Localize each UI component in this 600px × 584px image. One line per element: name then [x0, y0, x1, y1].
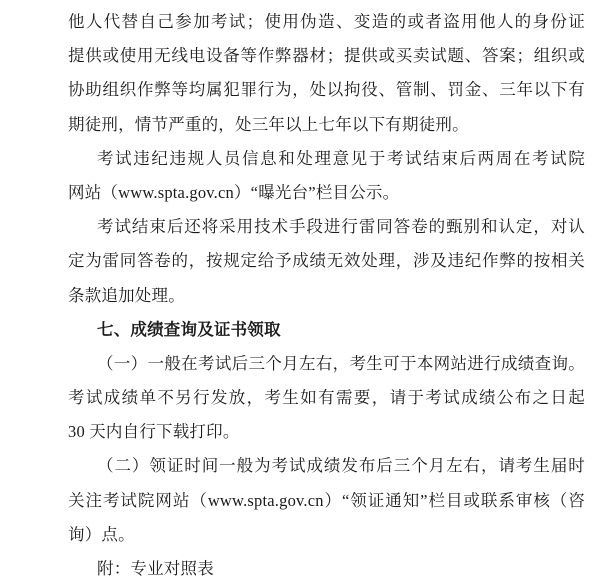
text-line: 考试违纪违规人员信息和处理意见于考试结束后两周在考试院: [68, 142, 585, 176]
text-line: 期徒刑，情节严重的，处三年以上七年以下有期徒刑。: [68, 108, 585, 142]
section-heading: 七、成绩查询及证书领取: [68, 313, 585, 347]
text-line: 提供或使用无线电设备等作弊器材；提供或买卖试题、答案；组织或: [68, 39, 585, 73]
text-line: 条款追加处理。: [68, 279, 585, 313]
text-line: （一）一般在考试后三个月左右，考生可于本网站进行成绩查询。: [68, 347, 585, 381]
text-line: 考试结束后还将采用技术手段进行雷同答卷的甄别和认定，对认: [68, 210, 585, 244]
document-text-block: 他人代替自己参加考试；使用伪造、变造的或者盗用他人的身份证件；提供或使用无线电设…: [68, 5, 585, 584]
text-line: 他人代替自己参加考试；使用伪造、变造的或者盗用他人的身份证件；: [68, 5, 585, 39]
text-line: （二）领证时间一般为考试成绩发布后三个月左右，请考生届时: [68, 449, 585, 483]
text-line: 协助组织作弊等均属犯罪行为，处以拘役、管制、罚金、三年以下有: [68, 73, 585, 107]
text-line: 考试成绩单不另行发放，考生如有需要，请于考试成绩公布之日起: [68, 381, 585, 415]
text-line: 30 天内自行下载打印。: [68, 415, 585, 449]
text-line: 附：专业对照表: [68, 552, 585, 584]
text-line: 网站（www.spta.gov.cn）“曝光台”栏目公示。: [68, 176, 585, 210]
document-page: 他人代替自己参加考试；使用伪造、变造的或者盗用他人的身份证件；提供或使用无线电设…: [0, 0, 600, 584]
text-line: 定为雷同答卷的，按规定给予成绩无效处理，涉及违纪作弊的按相关: [68, 244, 585, 278]
text-line: 询）点。: [68, 518, 585, 552]
text-line: 关注考试院网站（www.spta.gov.cn）“领证通知”栏目或联系审核（咨: [68, 484, 585, 518]
